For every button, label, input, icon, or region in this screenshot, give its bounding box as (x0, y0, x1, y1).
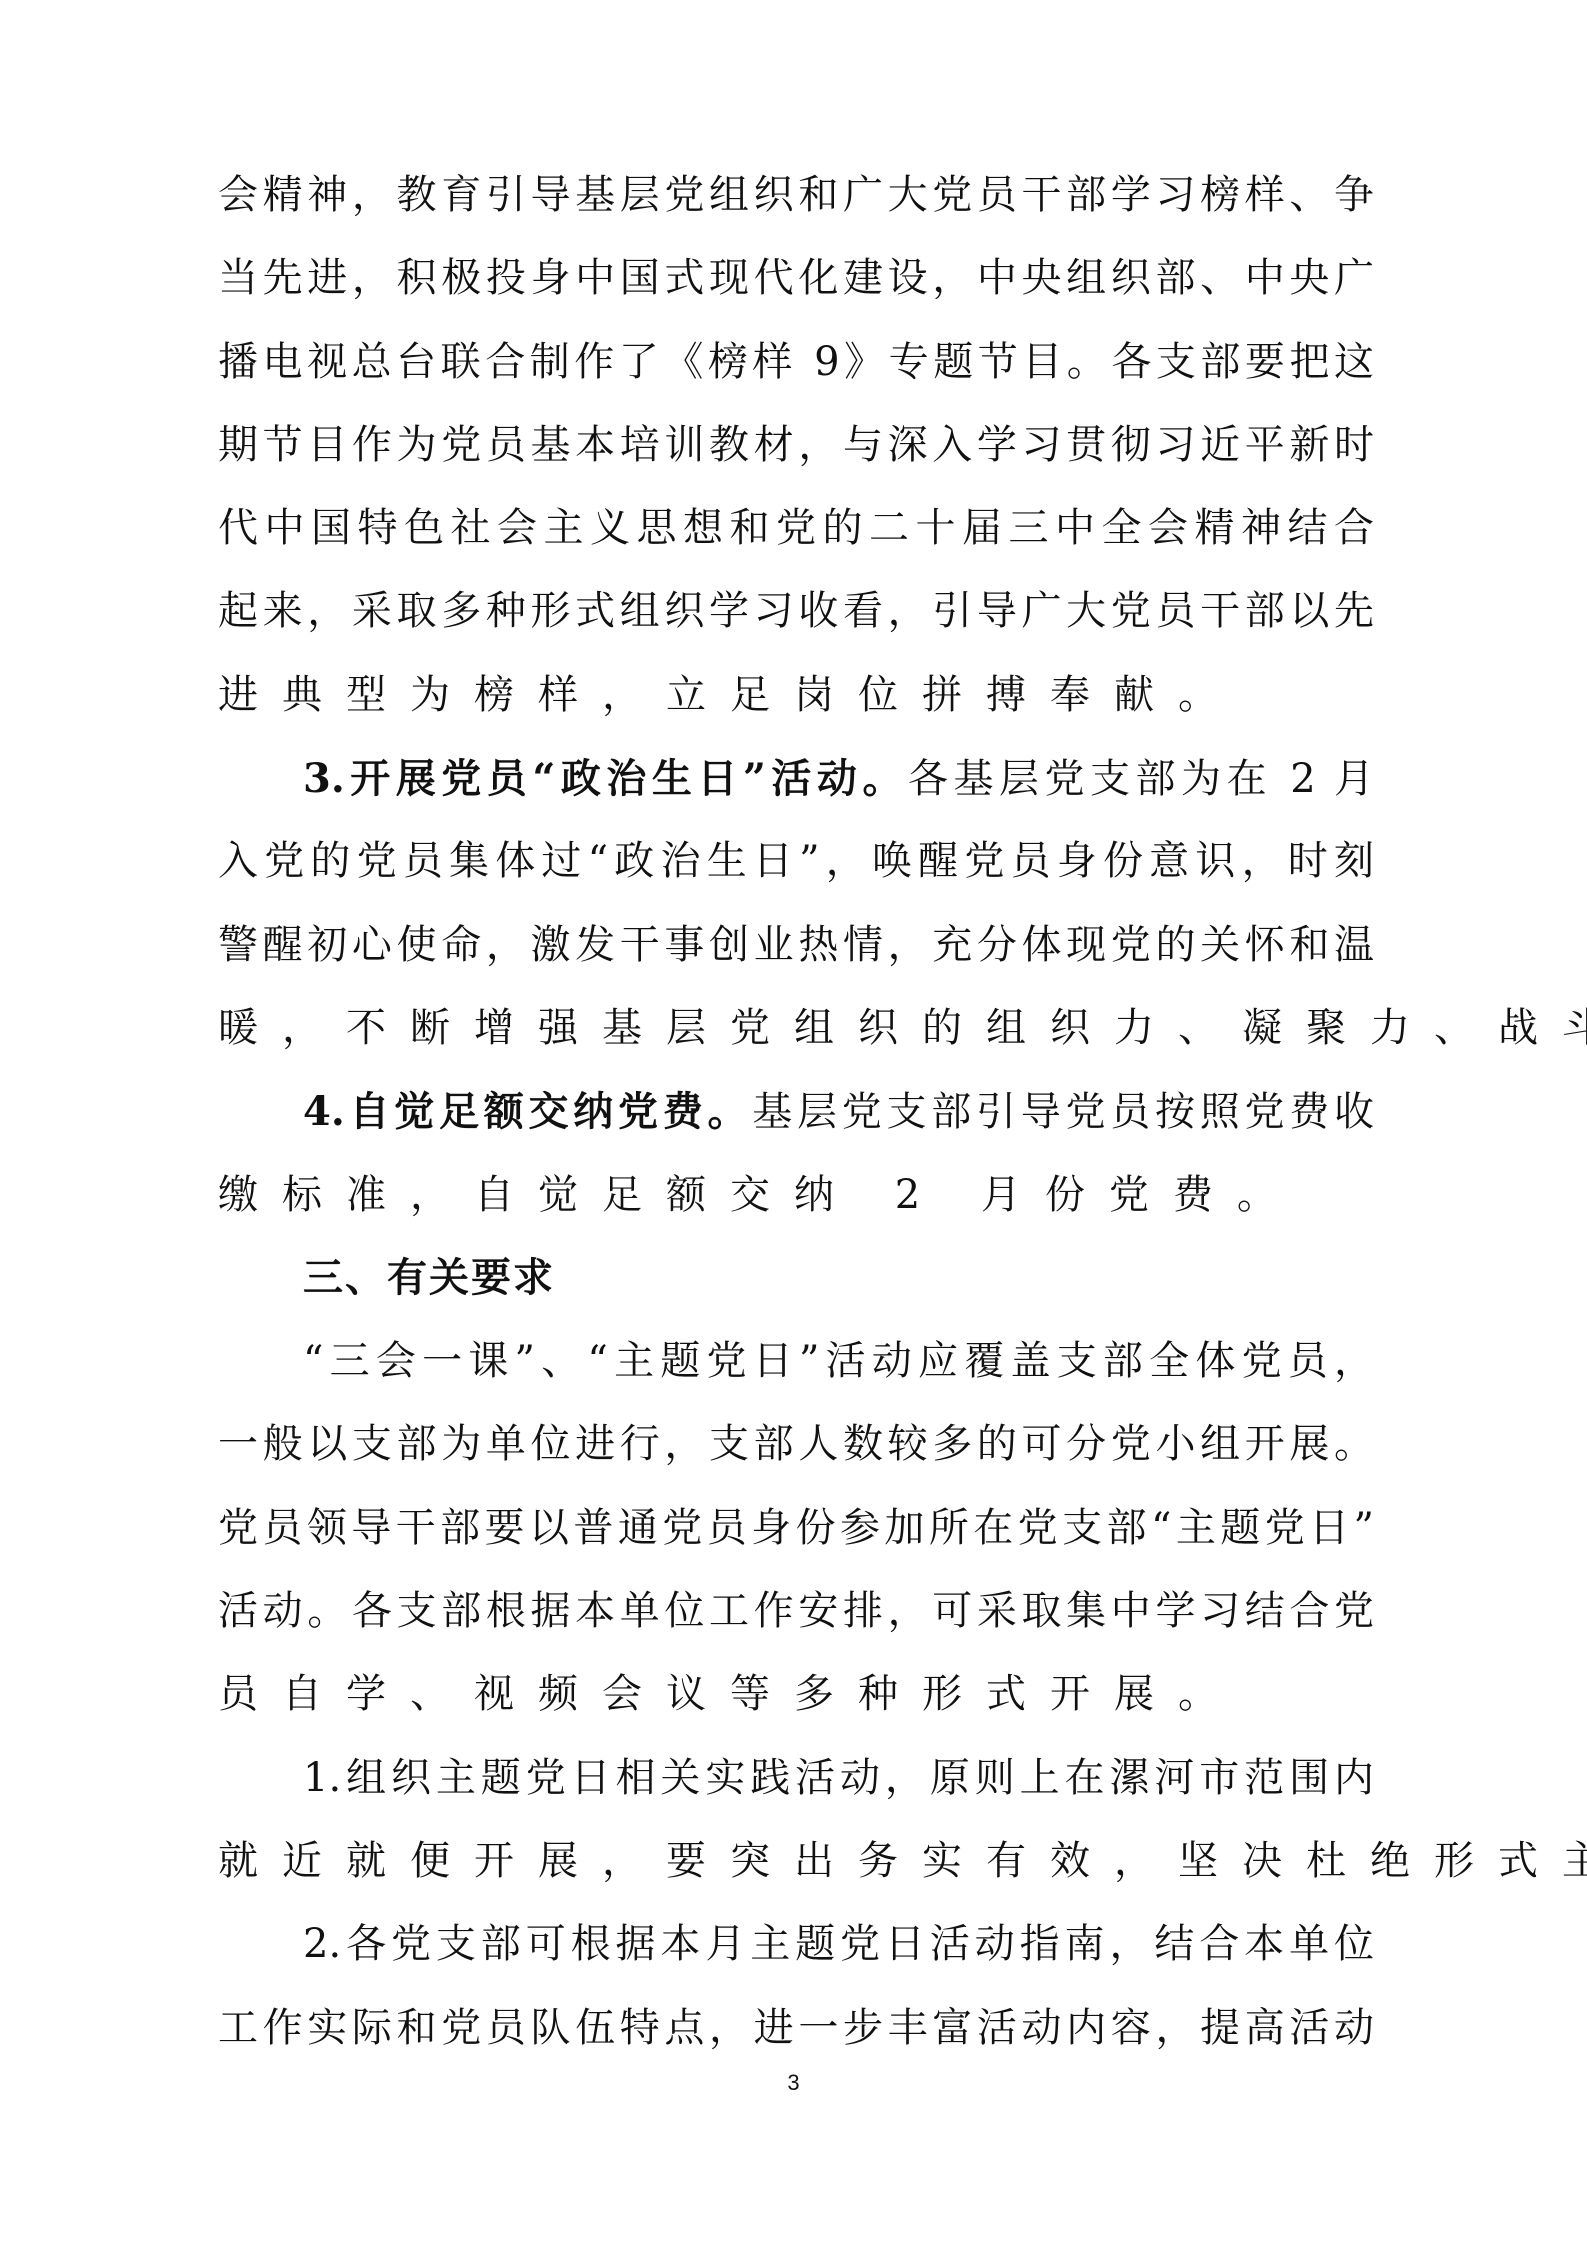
section-heading: 三、有关要求 (218, 1237, 1374, 1320)
paragraph-line: 会精神，教育引导基层党组织和广大党员干部学习榜样、争 (218, 154, 1374, 237)
paragraph-line: 工作实际和党员队伍特点，进一步丰富活动内容，提高活动 (218, 1987, 1374, 2070)
paragraph-line: 代中国特色社会主义思想和党的二十届三中全会精神结合 (218, 487, 1374, 570)
paragraph-line: 一般以支部为单位进行，支部人数较多的可分党小组开展。 (218, 1403, 1374, 1486)
item-4-first-line: 4.自觉足额交纳党费。基层党支部引导党员按照党费收 (218, 1070, 1374, 1153)
page-number: 3 (0, 2070, 1587, 2096)
requirement-2-first-line: 2.各党支部可根据本月主题党日活动指南，结合本单位 (218, 1903, 1374, 1986)
paragraph-line: 缴标准，自觉足额交纳 2 月份党费。 (218, 1154, 1374, 1237)
paragraph-line: 员自学、视频会议等多种形式开展。 (218, 1653, 1374, 1736)
paragraph-line: 入党的党员集体过“政治生日”，唤醒党员身份意识，时刻 (218, 820, 1374, 903)
item-3-lead: 3.开展党员“政治生日”活动。 (303, 755, 908, 802)
item-3-text: 各基层党支部为在 2 月 (908, 756, 1374, 802)
paragraph-line: 进典型为榜样，立足岗位拼搏奉献。 (218, 654, 1374, 737)
paragraph-line: 起来，采取多种形式组织学习收看，引导广大党员干部以先 (218, 570, 1374, 653)
paragraph-line: 当先进，积极投身中国式现代化建设，中央组织部、中央广 (218, 237, 1374, 320)
document-page: 会精神，教育引导基层党组织和广大党员干部学习榜样、争 当先进，积极投身中国式现代… (0, 0, 1587, 2245)
requirement-1-first-line: 1.组织主题党日相关实践活动，原则上在漯河市范围内 (218, 1737, 1374, 1820)
paragraph-line: 暖，不断增强基层党组织的组织力、凝聚力、战斗力。 (218, 987, 1374, 1070)
document-body: 会精神，教育引导基层党组织和广大党员干部学习榜样、争 当先进，积极投身中国式现代… (218, 154, 1374, 2070)
item-4-lead: 4.自觉足额交纳党费。 (303, 1088, 752, 1135)
item-3-first-line: 3.开展党员“政治生日”活动。各基层党支部为在 2 月 (218, 737, 1374, 820)
item-4-text: 基层党支部引导党员按照党费收 (752, 1089, 1374, 1135)
paragraph-line: 警醒初心使命，激发干事创业热情，充分体现党的关怀和温 (218, 904, 1374, 987)
paragraph-line: 就近就便开展，要突出务实有效，坚决杜绝形式主义。 (218, 1820, 1374, 1903)
paragraph-line: “三会一课”、“主题党日”活动应覆盖支部全体党员， (218, 1320, 1374, 1403)
paragraph-line: 党员领导干部要以普通党员身份参加所在党支部“主题党日” (218, 1487, 1374, 1570)
paragraph-line: 播电视总台联合制作了《榜样 9》专题节目。各支部要把这 (218, 321, 1374, 404)
paragraph-line: 活动。各支部根据本单位工作安排，可采取集中学习结合党 (218, 1570, 1374, 1653)
paragraph-line: 期节目作为党员基本培训教材，与深入学习贯彻习近平新时 (218, 404, 1374, 487)
